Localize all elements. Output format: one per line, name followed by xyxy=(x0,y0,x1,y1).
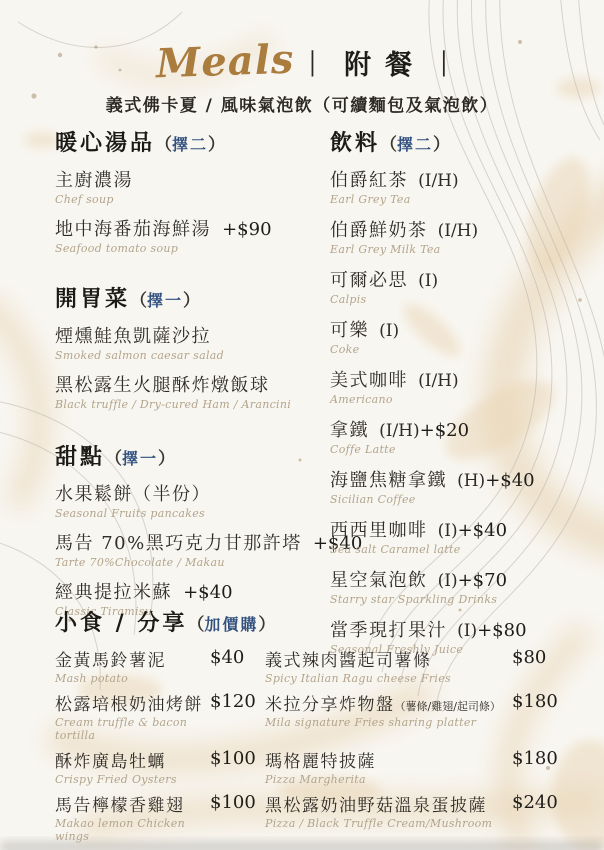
item-name: 米拉分享炸物盤 xyxy=(265,695,395,715)
item-price: +$40 xyxy=(458,520,507,541)
item-name: 煙燻鮭魚凱薩沙拉 xyxy=(55,326,211,347)
title-divider-bar: | xyxy=(440,47,447,77)
item-en-name: Pizza Margherita xyxy=(265,773,512,786)
item-name: 馬告檸檬香雞翅 xyxy=(55,796,185,816)
item-name-line: 可樂 (I) xyxy=(330,316,592,342)
item-name: 松露培根奶油烤餅 xyxy=(55,695,203,715)
section-dessert: 甜點 （ 擇一 ） 水果鬆餅（半份） Seasonal Fruits panca… xyxy=(55,440,345,627)
menu-page: Meals | 附餐 | 義式佛卡夏 / 風味氣泡飲（可續麵包及氣泡飲） 暖心湯… xyxy=(0,0,604,850)
item-temp-tag: (I/H) xyxy=(438,221,479,241)
item-name: 海鹽焦糖拿鐵 xyxy=(330,470,447,491)
section-title: 小食 / 分享 xyxy=(55,606,187,637)
menu-subtitle: 義式佛卡夏 / 風味氣泡飲（可續麵包及氣泡飲） xyxy=(0,91,604,116)
item-note: （薯條/雞翅/起司條） xyxy=(395,700,501,713)
item-en-name: Spicy Italian Ragu cheese Fries xyxy=(265,672,512,685)
item-name-line: 經典提拉米蘇 +$40 xyxy=(55,578,345,604)
item-name-line: 伯爵紅茶 (I/H) xyxy=(330,166,592,192)
item-name-line: 拿鐵 (I/H)+$20 xyxy=(330,416,592,442)
item-name: 西西里咖啡 xyxy=(330,520,428,541)
title-divider-bar: | xyxy=(309,47,316,77)
section-title-line: 暖心湯品 （ 擇二 ） xyxy=(55,126,327,157)
menu-item: 黑松露奶油野菇溫泉蛋披薩 Pizza / Black Truffle Cream… xyxy=(265,791,512,843)
item-name: 主廚濃湯 xyxy=(55,170,133,191)
item-price: $180 xyxy=(512,747,557,786)
item-en-name: Mash potato xyxy=(55,672,210,685)
item-name: 星空氣泡飲 xyxy=(330,570,428,591)
choice-label: 加價購 xyxy=(204,612,258,635)
item-name-line: 水果鬆餅（半份） xyxy=(55,480,345,506)
paren-close: ） xyxy=(183,286,200,311)
paren-close: ） xyxy=(258,610,275,635)
item-en-name: Americano xyxy=(330,393,592,406)
menu-item: 主廚濃湯 Chef soup xyxy=(55,166,327,206)
item-name: 伯爵鮮奶茶 xyxy=(330,220,428,241)
item-en-name: Calpis xyxy=(330,293,592,306)
item-en-name: Mila signature Fries sharing platter xyxy=(265,716,512,729)
choice-label: 擇二 xyxy=(172,132,208,155)
menu-item: 拿鐵 (I/H)+$20 Coffe Latte xyxy=(330,416,592,456)
item-name: 拿鐵 xyxy=(330,420,369,441)
item-temp-tag: (I/H) xyxy=(418,371,459,391)
item-price: +$20 xyxy=(420,420,469,441)
section-title-line: 開胃菜 （ 擇一 ） xyxy=(55,282,327,313)
choice-label: 擇一 xyxy=(147,288,183,311)
menu-item: 伯爵鮮奶茶 (I/H) Earl Grey Milk Tea xyxy=(330,216,592,256)
item-en-name: Tarte 70%Chocolate / Makau xyxy=(55,556,345,569)
item-name: 可爾必思 xyxy=(330,270,408,291)
section-title-line: 小食 / 分享 （ 加價購 ） xyxy=(55,606,557,637)
item-price: +$40 xyxy=(485,470,534,491)
menu-title-row: Meals | 附餐 | xyxy=(0,42,604,82)
menu-item: 西西里咖啡 (I)+$40 Sea salt Caramel latte xyxy=(330,516,592,556)
section-drinks: 飲料 （ 擇二 ） 伯爵紅茶 (I/H) Earl Grey Tea 伯爵鮮奶茶… xyxy=(330,126,592,666)
section-title: 開胃菜 xyxy=(55,282,130,313)
section-title-line: 甜點 （ 擇一 ） xyxy=(55,440,345,471)
choice-label: 擇二 xyxy=(397,132,433,155)
item-name-line: 地中海番茄海鮮湯 +$90 xyxy=(55,215,327,241)
item-name-line: 星空氣泡飲 (I)+$70 xyxy=(330,566,592,592)
item-name: 經典提拉米蘇 xyxy=(55,582,172,603)
item-en-name: Sicilian Coffee xyxy=(330,493,592,506)
menu-item: 煙燻鮭魚凱薩沙拉 Smoked salmon caesar salad xyxy=(55,322,327,362)
menu-item: 黑松露生火腿酥炸燉飯球 Black truffle / Dry-cured Ha… xyxy=(55,371,327,411)
section-title: 甜點 xyxy=(55,440,105,471)
item-en-name: Sea salt Caramel latte xyxy=(330,543,592,556)
item-en-name: Crispy Fried Oysters xyxy=(55,773,210,786)
item-name: 黑松露生火腿酥炸燉飯球 xyxy=(55,375,270,396)
item-name: 水果鬆餅 xyxy=(55,484,133,505)
menu-item: 海鹽焦糖拿鐵 (H)+$40 Sicilian Coffee xyxy=(330,466,592,506)
item-price: +$90 xyxy=(222,219,271,240)
section-sides: 小食 / 分享 （ 加價購 ） 金黃馬鈴薯泥 Mash potato $40 義… xyxy=(55,606,557,843)
menu-item: 米拉分享炸物盤（薯條/雞翅/起司條） Mila signature Fries … xyxy=(265,690,512,742)
menu-item: 可樂 (I) Coke xyxy=(330,316,592,356)
menu-item: 可爾必思 (I) Calpis xyxy=(330,266,592,306)
item-name-line: 煙燻鮭魚凱薩沙拉 xyxy=(55,322,327,348)
meals-script-title: Meals xyxy=(156,40,296,85)
section-soup: 暖心湯品 （ 擇二 ） 主廚濃湯 Chef soup 地中海番茄海鮮湯 +$90… xyxy=(55,126,327,264)
item-price: $100 xyxy=(210,747,265,786)
item-name: 可樂 xyxy=(330,320,369,341)
menu-item: 馬告 70%黑巧克力甘那許塔 +$40 Tarte 70%Chocolate /… xyxy=(55,529,345,569)
item-name: 黑松露奶油野菇溫泉蛋披薩 xyxy=(265,796,487,816)
paren-open: （ xyxy=(105,444,122,469)
menu-item: 伯爵紅茶 (I/H) Earl Grey Tea xyxy=(330,166,592,206)
item-temp-tag: (I) xyxy=(438,571,458,591)
menu-header: Meals | 附餐 | 義式佛卡夏 / 風味氣泡飲（可續麵包及氣泡飲） xyxy=(0,42,604,116)
item-en-name: Earl Grey Tea xyxy=(330,193,592,206)
item-name-line: 伯爵鮮奶茶 (I/H) xyxy=(330,216,592,242)
item-price: $120 xyxy=(210,690,265,742)
item-name-line: 可爾必思 (I) xyxy=(330,266,592,292)
item-name: 地中海番茄海鮮湯 xyxy=(55,219,211,240)
item-price: $100 xyxy=(210,791,265,843)
item-name-line: 西西里咖啡 (I)+$40 xyxy=(330,516,592,542)
menu-item: 松露培根奶油烤餅 Cream truffle & bacon tortilla xyxy=(55,690,210,742)
menu-item: 美式咖啡 (I/H) Americano xyxy=(330,366,592,406)
sides-grid: 金黃馬鈴薯泥 Mash potato $40 義式辣肉醬起司薯條 Spicy I… xyxy=(55,646,557,843)
item-en-name: Seafood tomato soup xyxy=(55,242,327,255)
item-price: $40 xyxy=(210,646,265,685)
menu-item: 地中海番茄海鮮湯 +$90 Seafood tomato soup xyxy=(55,215,327,255)
paren-open: （ xyxy=(187,610,204,635)
item-en-name: Coke xyxy=(330,343,592,356)
menu-cjk-title: 附餐 xyxy=(330,43,426,82)
item-name-line: 馬告 70%黑巧克力甘那許塔 +$40 xyxy=(55,529,345,555)
menu-item: 金黃馬鈴薯泥 Mash potato xyxy=(55,646,210,685)
paren-close: ） xyxy=(158,444,175,469)
item-name: 馬告 70%黑巧克力甘那許塔 xyxy=(55,533,302,554)
item-en-name: Makao lemon Chicken wings xyxy=(55,817,210,843)
paren-open: （ xyxy=(155,130,172,155)
item-temp-tag: (I/H) xyxy=(418,171,459,191)
menu-item: 酥炸廣島牡蠣 Crispy Fried Oysters xyxy=(55,747,210,786)
item-en-name: Coffe Latte xyxy=(330,443,592,456)
item-en-name: Cream truffle & bacon tortilla xyxy=(55,716,210,742)
menu-item: 瑪格麗特披薩 Pizza Margherita xyxy=(265,747,512,786)
item-name-line: 黑松露生火腿酥炸燉飯球 xyxy=(55,371,327,397)
paren-open: （ xyxy=(380,130,397,155)
section-appetizer: 開胃菜 （ 擇一 ） 煙燻鮭魚凱薩沙拉 Smoked salmon caesar… xyxy=(55,282,327,420)
item-name: 酥炸廣島牡蠣 xyxy=(55,752,166,772)
item-price: +$70 xyxy=(458,570,507,591)
item-en-name: Pizza / Black Truffle Cream/Mushroom xyxy=(265,817,512,830)
item-temp-tag: (I) xyxy=(438,521,458,541)
item-name-line: 美式咖啡 (I/H) xyxy=(330,366,592,392)
choice-label: 擇一 xyxy=(122,446,158,469)
item-note: （半份） xyxy=(133,484,211,505)
paren-open: （ xyxy=(130,286,147,311)
menu-item: 星空氣泡飲 (I)+$70 Starry star Sparkling Drin… xyxy=(330,566,592,606)
paren-close: ） xyxy=(208,130,225,155)
item-temp-tag: (I/H) xyxy=(379,421,420,441)
item-price: $180 xyxy=(512,690,557,742)
item-temp-tag: (I) xyxy=(379,321,399,341)
item-en-name: Black truffle / Dry-cured Ham / Arancini xyxy=(55,398,327,411)
item-price: $240 xyxy=(512,791,557,843)
item-name: 金黃馬鈴薯泥 xyxy=(55,651,166,671)
item-name: 美式咖啡 xyxy=(330,370,408,391)
menu-item: 水果鬆餅（半份） Seasonal Fruits pancakes xyxy=(55,480,345,520)
item-price: +$40 xyxy=(183,582,232,603)
item-en-name: Seasonal Fruits pancakes xyxy=(55,507,345,520)
item-en-name: Starry star Sparkling Drinks xyxy=(330,593,592,606)
section-title: 飲料 xyxy=(330,126,380,157)
item-en-name: Earl Grey Milk Tea xyxy=(330,243,592,256)
item-price: $80 xyxy=(512,646,557,685)
item-name: 瑪格麗特披薩 xyxy=(265,752,376,772)
item-temp-tag: (I) xyxy=(418,271,438,291)
item-name: 義式辣肉醬起司薯條 xyxy=(265,651,432,671)
item-name-line: 海鹽焦糖拿鐵 (H)+$40 xyxy=(330,466,592,492)
menu-item: 馬告檸檬香雞翅 Makao lemon Chicken wings xyxy=(55,791,210,843)
item-name-line: 主廚濃湯 xyxy=(55,166,327,192)
item-en-name: Chef soup xyxy=(55,193,327,206)
item-name: 伯爵紅茶 xyxy=(330,170,408,191)
item-en-name: Smoked salmon caesar salad xyxy=(55,349,327,362)
section-title-line: 飲料 （ 擇二 ） xyxy=(330,126,592,157)
section-title: 暖心湯品 xyxy=(55,126,155,157)
menu-item: 義式辣肉醬起司薯條 Spicy Italian Ragu cheese Frie… xyxy=(265,646,512,685)
paren-close: ） xyxy=(433,130,450,155)
item-temp-tag: (H) xyxy=(457,471,485,491)
